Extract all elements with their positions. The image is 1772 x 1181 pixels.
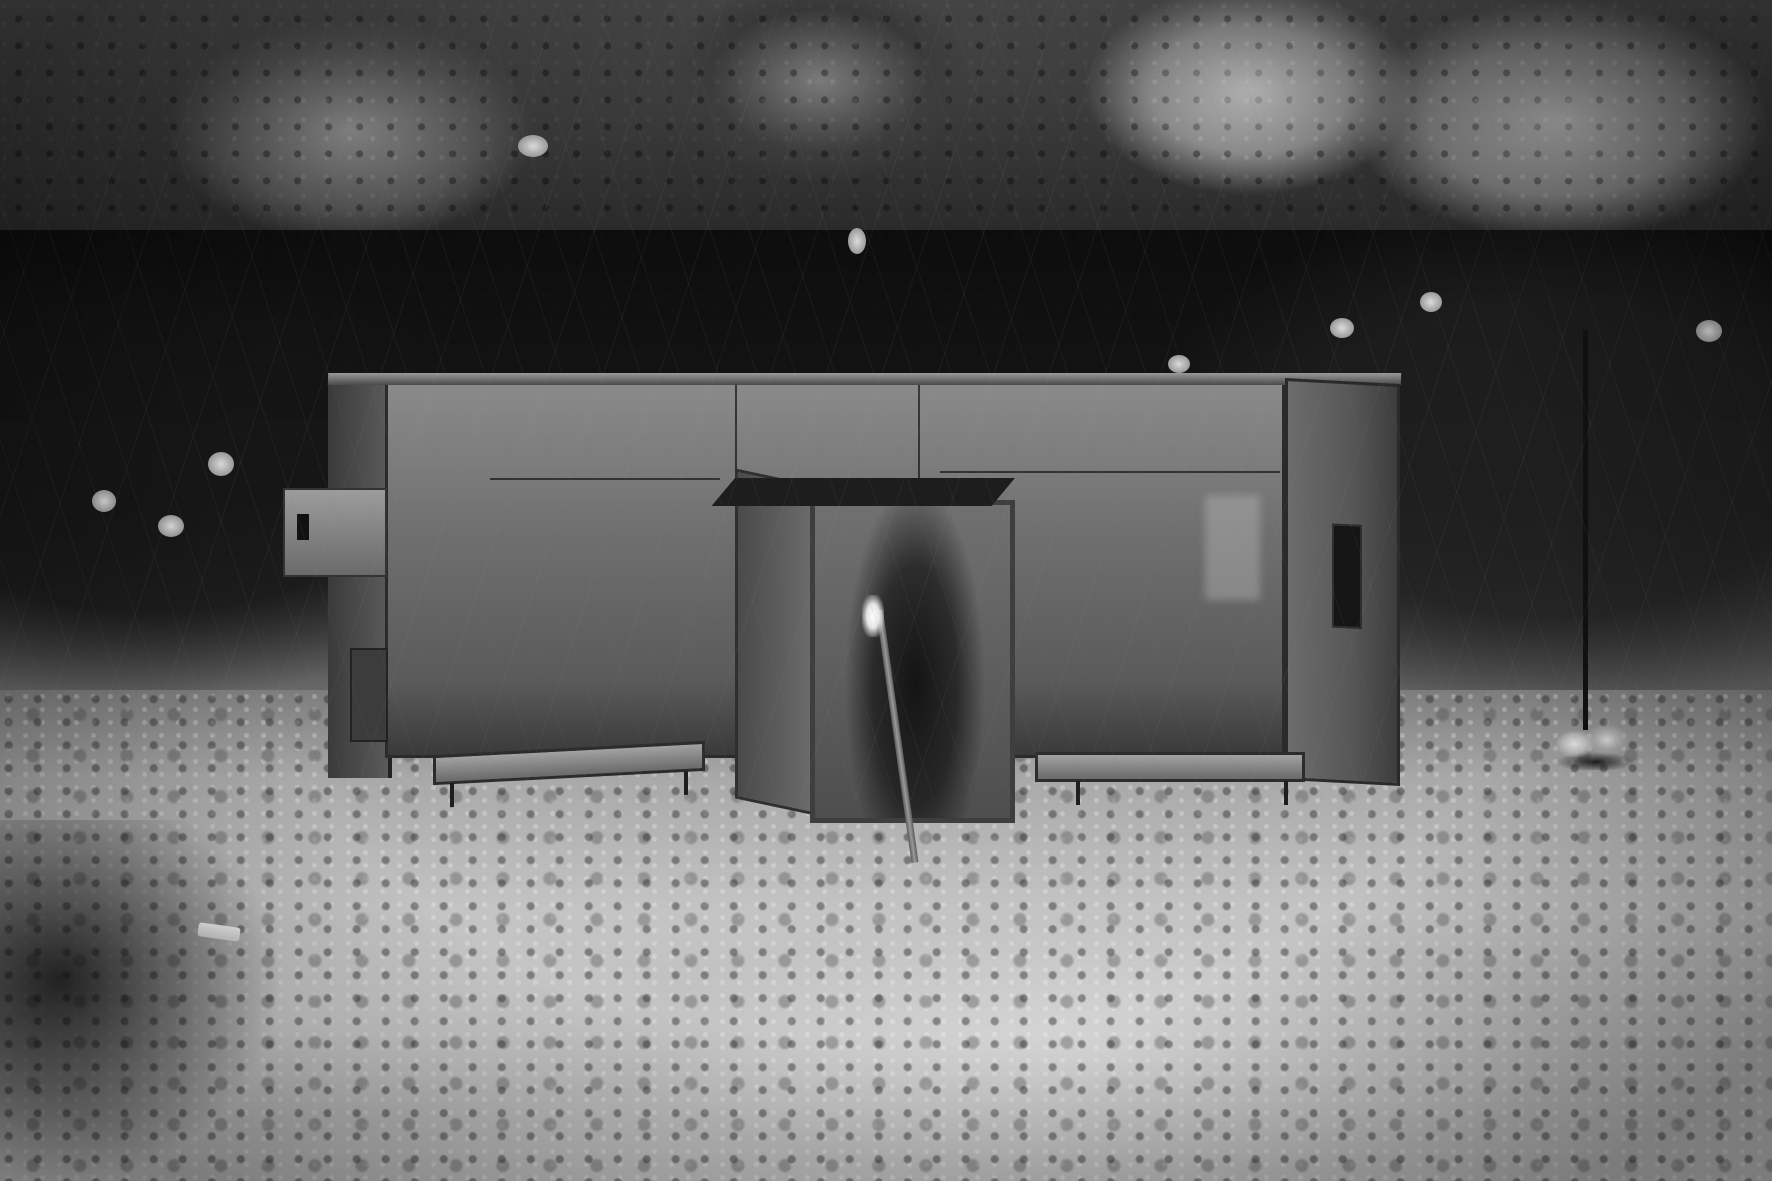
flower-head xyxy=(1420,292,1442,312)
ground-shadow xyxy=(0,820,320,1181)
bench-leg xyxy=(1076,781,1080,805)
bench-leg xyxy=(684,771,688,795)
center-box-opening xyxy=(712,478,1015,506)
flower-head xyxy=(92,490,116,512)
window-cutout xyxy=(1332,523,1362,629)
side-mounted-box xyxy=(283,488,387,577)
screen-top-rail xyxy=(328,373,1401,385)
center-box-side xyxy=(735,468,813,815)
light-reflection xyxy=(1205,495,1260,600)
flower-head xyxy=(518,135,548,157)
bench-leg xyxy=(450,783,454,807)
center-box-front xyxy=(810,500,1015,823)
photograph: Weathered sheet-metal screen structure w… xyxy=(0,0,1772,1181)
panel-seam xyxy=(490,478,720,480)
stone-pile xyxy=(1555,722,1635,770)
panel-seam xyxy=(940,471,1280,473)
flower-head xyxy=(1696,320,1722,342)
flower-head xyxy=(158,515,184,537)
flower-head xyxy=(848,228,866,254)
side-plate xyxy=(350,648,388,742)
flower-head xyxy=(208,452,234,476)
light-glare xyxy=(862,595,884,637)
bench-leg xyxy=(1284,781,1288,805)
box-opening xyxy=(297,514,309,540)
sapling xyxy=(1583,330,1588,730)
bench-right xyxy=(1035,752,1305,782)
flower-head xyxy=(1168,355,1190,373)
screen-right-wing xyxy=(1285,378,1400,786)
flower-head xyxy=(1330,318,1354,338)
